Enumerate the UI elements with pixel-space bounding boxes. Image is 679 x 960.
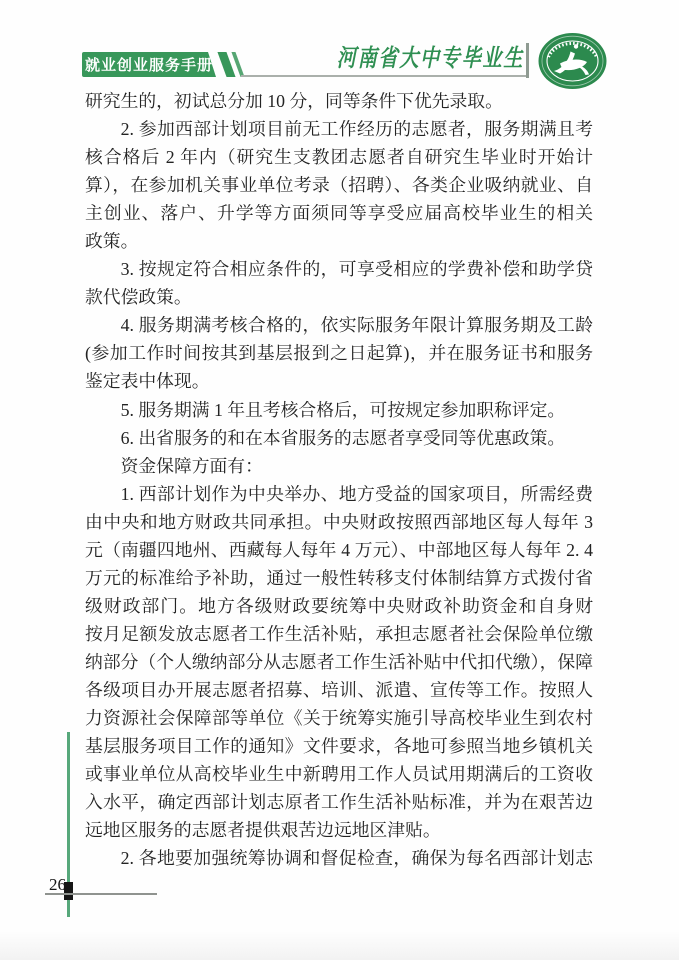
- text-line: 纳部分（个人缴纳部分从志愿者工作生活补贴中代扣代缴），保障: [85, 648, 593, 676]
- text-line: 级财政部门。地方各级财政要统筹中央财政补助资金和自身财力，: [85, 592, 593, 620]
- text-line: 远地区服务的志愿者提供艰苦边远地区津贴。: [85, 816, 593, 844]
- text-line: 元（南疆四地州、西藏每人每年 4 万元）、中部地区每人每年 2. 4: [85, 536, 593, 564]
- text-line: 基层服务项目工作的通知》文件要求，各地可参照当地乡镇机关: [85, 732, 593, 760]
- folio-square-marker: [64, 882, 73, 900]
- header-banner: 就业创业服务手册: [82, 52, 216, 77]
- text-line: 或事业单位从高校毕业生中新聘用工作人员试用期满后的工资收: [85, 760, 593, 788]
- text-line: 各级项目办开展志愿者招募、培训、派遣、宣传等工作。按照人: [85, 676, 593, 704]
- text-line: 款代偿政策。: [85, 283, 593, 311]
- text-line: 入水平，确定西部计划志原者工作生活补贴标准，并为在艰苦边: [85, 788, 593, 816]
- text-line: 鉴定表中体现。: [85, 367, 593, 395]
- text-line: (参加工作时间按其到基层报到之日起算)，并在服务证书和服务: [85, 339, 593, 367]
- text-line: 2. 各地要加强统筹协调和督促检查，确保为每名西部计划志: [85, 844, 593, 872]
- logo-separator: [526, 43, 529, 78]
- header-banner-label: 就业创业服务手册: [85, 54, 213, 75]
- text-line: 主创业、落户、升学等方面须同等享受应届高校毕业生的相关: [85, 199, 593, 227]
- text-line: 万元的标准给予补助，通过一般性转移支付体制结算方式拨付省: [85, 564, 593, 592]
- body-text: 研究生的，初试总分加 10 分，同等条件下优先录取。 2. 参加西部计划项目前无…: [85, 87, 593, 872]
- text-line: 由中央和地方财政共同承担。中央财政按照西部地区每人每年 3 万: [85, 508, 593, 536]
- text-line: 研究生的，初试总分加 10 分，同等条件下优先录取。: [85, 87, 593, 115]
- masthead-calligraphy: 河南省大中专毕业生: [337, 42, 524, 76]
- text-line: 6. 出省服务的和在本省服务的志愿者享受同等优惠政策。: [85, 424, 593, 452]
- page-number: 26: [44, 875, 66, 895]
- emblem-seal-icon: [535, 30, 610, 92]
- text-line: 2. 参加西部计划项目前无工作经历的志愿者，服务期满且考: [85, 115, 593, 143]
- scan-shadow: [0, 931, 679, 960]
- text-line: 5. 服务期满 1 年且考核合格后，可按规定参加职称评定。: [85, 396, 593, 424]
- text-line: 算），在参加机关事业单位考录（招聘）、各类企业吸纳就业、自: [85, 171, 593, 199]
- text-line: 3. 按规定符合相应条件的，可享受相应的学费补偿和助学贷: [85, 255, 593, 283]
- text-line: 政策。: [85, 227, 593, 255]
- text-line: 4. 服务期满考核合格的，依实际服务年限计算服务期及工龄: [85, 311, 593, 339]
- folio-rule: [45, 893, 157, 895]
- text-line: 力资源社会保障部等单位《关于统筹实施引导高校毕业生到农村: [85, 704, 593, 732]
- text-line: 按月足额发放志愿者工作生活补贴，承担志愿者社会保险单位缴: [85, 620, 593, 648]
- text-line: 1. 西部计划作为中央举办、地方受益的国家项目，所需经费: [85, 480, 593, 508]
- book-page: 就业创业服务手册 河南省大中专毕业生 研究生的，初试总分加 10 分，同等条件下…: [0, 0, 679, 960]
- text-line: 资金保障方面有：: [85, 452, 593, 480]
- text-line: 核合格后 2 年内（研究生支教团志愿者自研究生毕业时开始计: [85, 143, 593, 171]
